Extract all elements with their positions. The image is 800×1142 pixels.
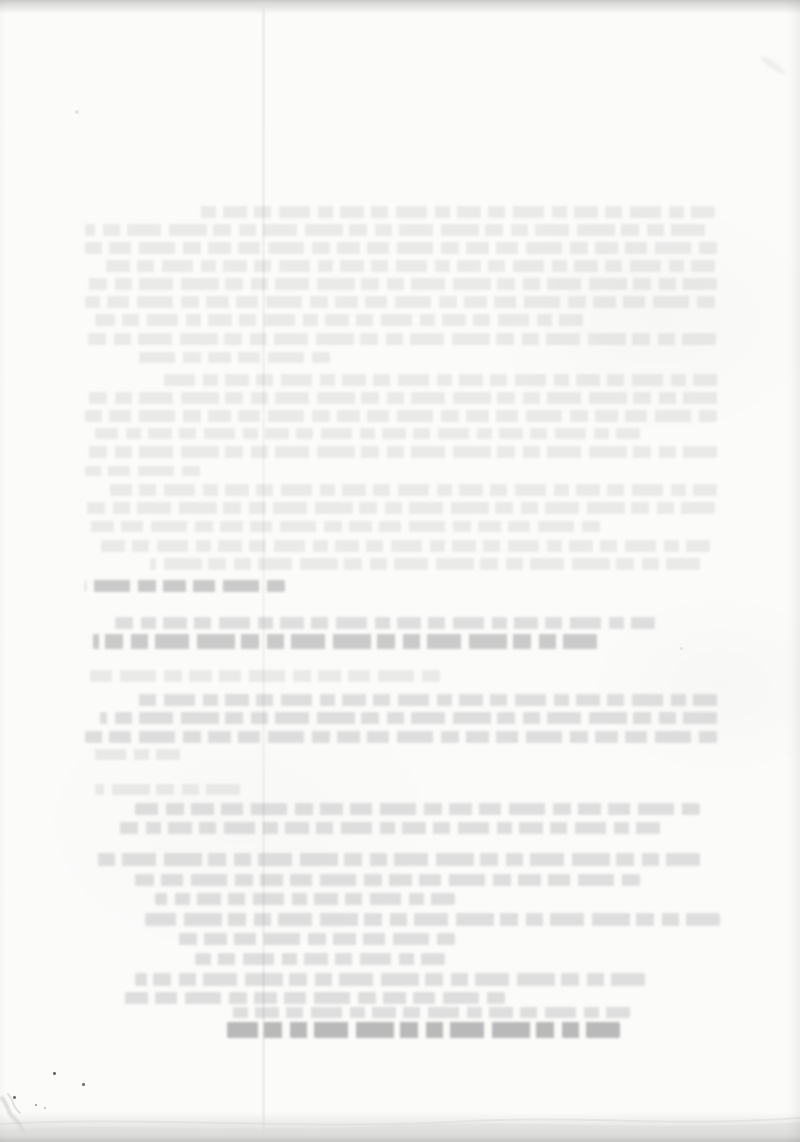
page-edge-shadow-bottom [0, 1112, 800, 1142]
page-edge-shadow-right [785, 0, 800, 1142]
page-edge-shadow-left [0, 0, 6, 1142]
scan-artifacts [0, 0, 800, 1142]
scanned-page: Scanned blank verso page of a document: … [0, 0, 800, 1142]
page-edge-shadow-top [0, 0, 800, 14]
